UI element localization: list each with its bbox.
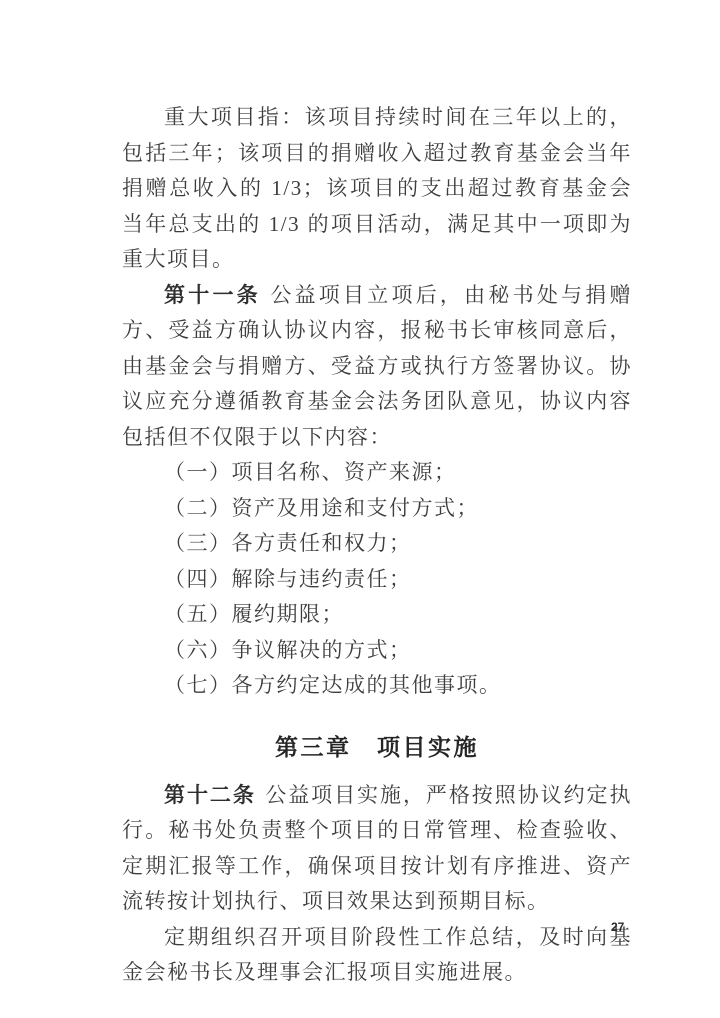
agreement-item-1: （一）项目名称、资产来源； [122, 455, 632, 491]
chapter-3-heading: 第三章 项目实施 [122, 730, 632, 765]
paragraph-periodic-summary: 定期组织召开项目阶段性工作总结，及时向基金会秘书长及理事会汇报项目实施进展。 [122, 920, 632, 991]
document-page: 重大项目指：该项目持续时间在三年以上的，包括三年；该项目的捐赠收入超过教育基金会… [0, 0, 720, 1018]
paragraph-article-12: 第十二条公益项目实施，严格按照协议约定执行。秘书处负责整个项目的日常管理、检查验… [122, 778, 632, 920]
agreement-item-4: （四）解除与违约责任； [122, 562, 632, 598]
page-number: 27 [611, 920, 624, 934]
agreement-item-6: （六）争议解决的方式； [122, 633, 632, 669]
agreement-item-3: （三）各方责任和权力； [122, 526, 632, 562]
article-11-label: 第十一条 [164, 283, 261, 307]
paragraph-major-project-definition: 重大项目指：该项目持续时间在三年以上的，包括三年；该项目的捐赠收入超过教育基金会… [122, 100, 632, 278]
agreement-item-7: （七）各方约定达成的其他事项。 [122, 668, 632, 704]
paragraph-article-11: 第十一条公益项目立项后，由秘书处与捐赠方、受益方确认协议内容，报秘书长审核同意后… [122, 278, 632, 456]
page-content: 重大项目指：该项目持续时间在三年以上的，包括三年；该项目的捐赠收入超过教育基金会… [122, 100, 632, 991]
agreement-item-2: （二）资产及用途和支付方式； [122, 491, 632, 527]
article-12-label: 第十二条 [164, 783, 256, 807]
article-11-body: 公益项目立项后，由秘书处与捐赠方、受益方确认协议内容，报秘书长审核同意后，由基金… [122, 283, 632, 449]
agreement-item-5: （五）履约期限； [122, 597, 632, 633]
